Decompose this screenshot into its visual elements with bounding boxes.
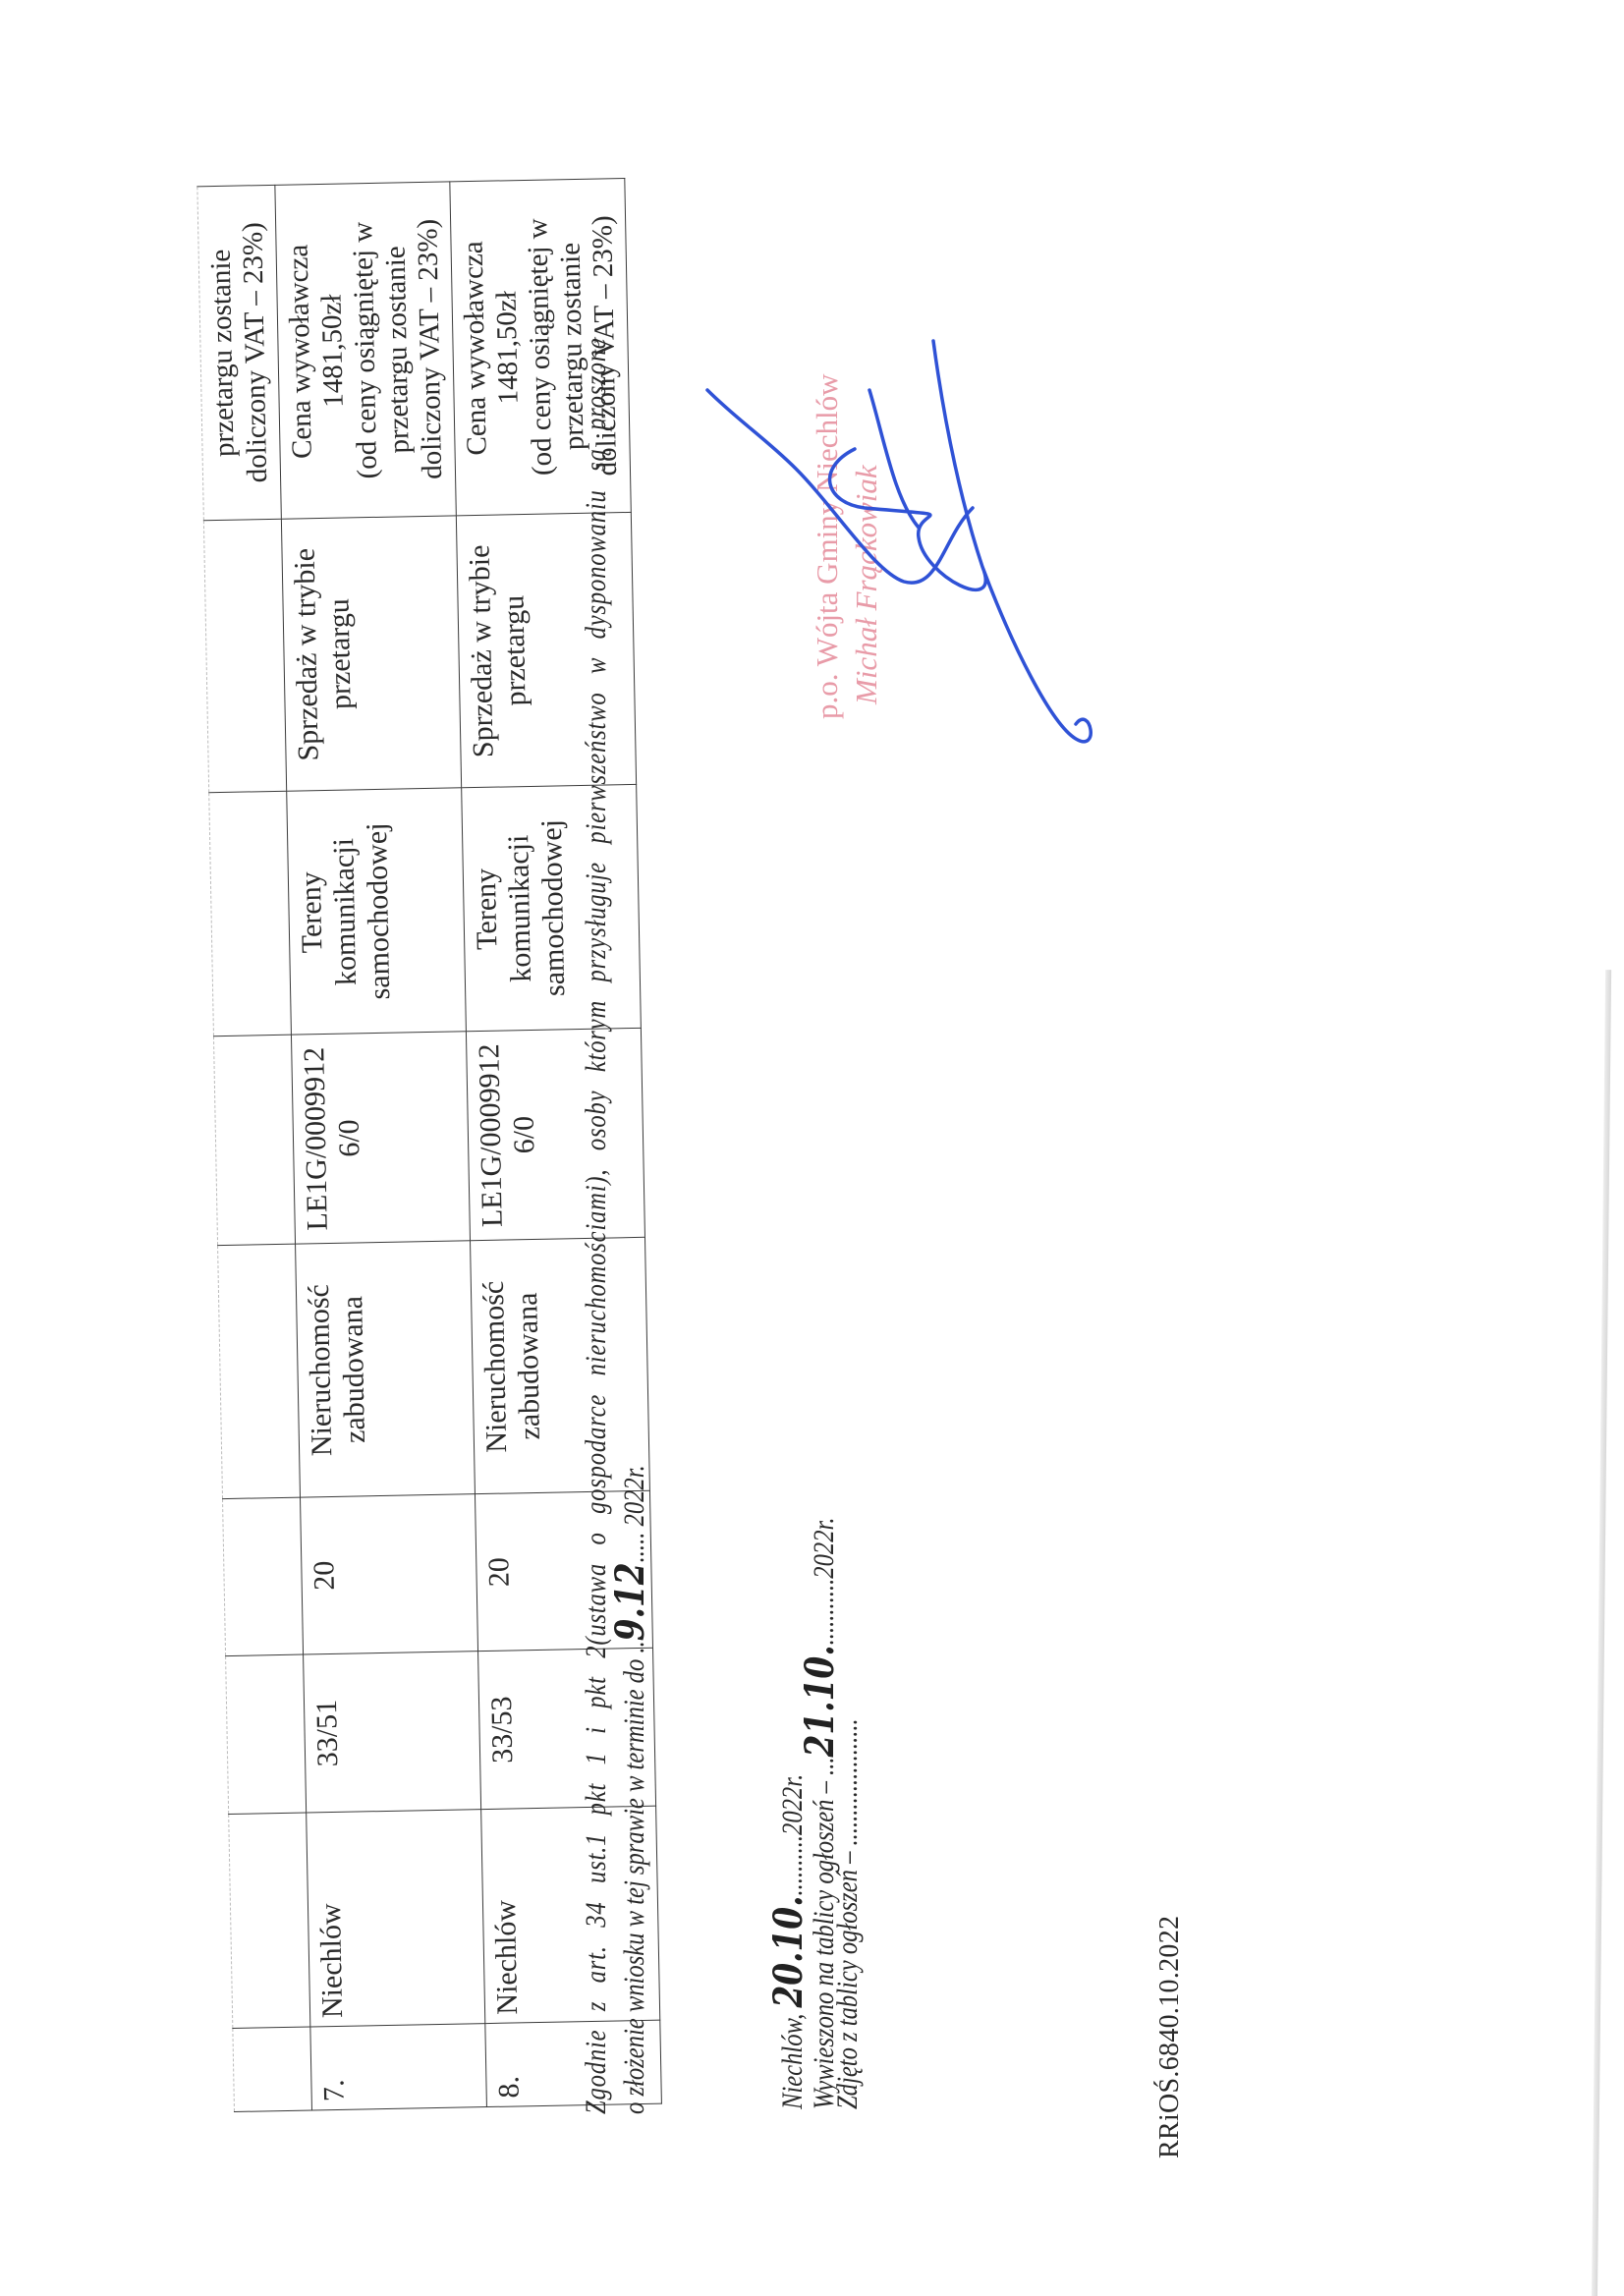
notice-text-line-2: o złożenie wniosku w tej sprawie w termi… [614,1465,651,2114]
removed-date-line: Zdjęto z tablicy ogłoszeń – ............… [833,1718,863,2109]
signature-icon [688,331,1100,763]
notice-text-line-1: Zgodnie z art. 34 ust.1 pkt 1 i pkt 2(us… [580,337,613,2114]
handwritten-deadline: 9.12 [607,1562,653,1641]
designation-cell: Tereny komunikacji samochodowej [287,788,467,1035]
place-date-suffix: ..........2022r. [776,1774,809,1896]
area-cell: 20 [300,1494,477,1654]
scanner-edge [1592,970,1611,2296]
description-cell: Nieruchomość zabudowana [471,1237,650,1493]
handwritten-date: 20.10. [765,1895,812,2007]
price-cell: Cena wywoławcza 1481,50zł (od ceny osiąg… [275,182,456,519]
posted-date-suffix: ...........2022r. [808,1518,840,1646]
land-register-cell: LE1G/00099126/0 [466,1028,644,1240]
precinct-cell: Niechlów [307,1810,485,2027]
place-date-line: Niechlów, 20.10...........2022r. [774,1774,808,2109]
row-number: 7. [310,2024,487,2110]
land-register-cell: LE1G/00099126/0 [291,1032,470,1244]
disposal-form-cell: Sprzedaż w trybie przetargu [281,516,461,791]
notice-deadline-suffix: ..... 2022r. [618,1465,650,1562]
plot-number-cell: 33/51 [304,1652,481,1813]
document-page: przetargu zostanie doliczony VAT – 23%) … [0,0,1624,2296]
place-label: Niechlów, [776,2008,809,2109]
reference-number: RRiOŚ.6840.10.2022 [1154,1916,1186,2158]
notice-deadline-prefix: o złożenie wniosku w tej sprawie w termi… [618,1641,650,2114]
price-tail-cell: przetargu zostanie doliczony VAT – 23%) [197,185,282,520]
description-cell: Nieruchomość zabudowana [296,1241,476,1497]
price-note: (od ceny osiągniętej w przetargu zostani… [346,191,449,510]
designation-cell: Tereny komunikacji samochodowej [462,784,642,1031]
